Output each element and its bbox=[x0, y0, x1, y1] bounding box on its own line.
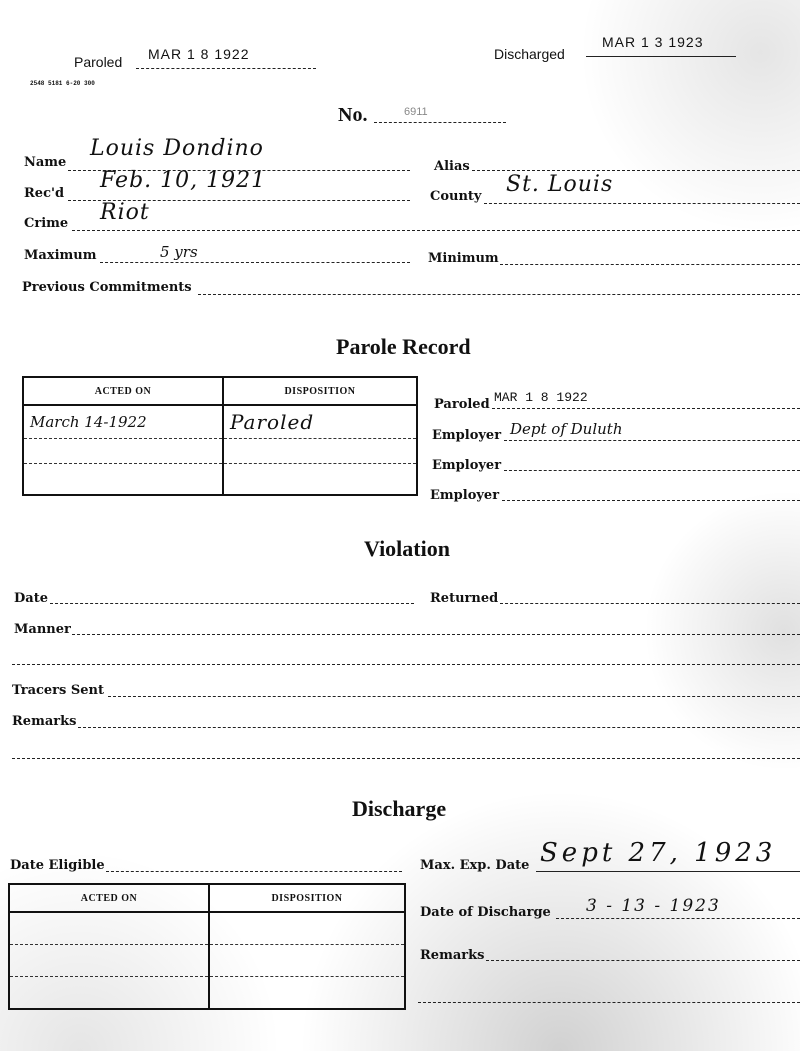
max-exp-date-label: Max. Exp. Date bbox=[420, 858, 529, 873]
name-value: Louis Dondino bbox=[90, 136, 264, 161]
discharged-header-stamp: MAR 1 3 1923 bbox=[602, 34, 704, 50]
recd-value: Feb. 10, 1921 bbox=[100, 168, 266, 193]
maximum-label: Maximum bbox=[24, 248, 96, 263]
column-disposition: DISPOSITION bbox=[223, 377, 417, 405]
maximum-value: 5 yrs bbox=[160, 243, 198, 261]
discharge-table: ACTED ON DISPOSITION bbox=[8, 883, 406, 1010]
column-acted-on: ACTED ON bbox=[23, 377, 223, 405]
date-of-discharge-label: Date of Discharge bbox=[420, 905, 551, 920]
column-acted-on: ACTED ON bbox=[9, 884, 209, 912]
employer-1-value: Dept of Duluth bbox=[510, 420, 623, 438]
disposition-cell bbox=[209, 912, 405, 945]
table-row: March 14-1922 Paroled bbox=[23, 405, 417, 439]
form-code: 2548 5181 6-20 300 bbox=[30, 80, 95, 87]
acted-on-cell bbox=[9, 945, 209, 977]
acted-on-cell bbox=[23, 464, 223, 496]
manner-label: Manner bbox=[14, 622, 71, 637]
recd-label: Rec'd bbox=[24, 186, 64, 201]
parole-paroled-label: Paroled bbox=[434, 397, 490, 412]
parole-record-heading: Parole Record bbox=[336, 334, 471, 360]
violation-date-label: Date bbox=[14, 591, 48, 606]
acted-on-cell bbox=[9, 977, 209, 1010]
paroled-header-stamp: MAR 1 8 1922 bbox=[148, 46, 250, 62]
parole-record-table: ACTED ON DISPOSITION March 14-1922 Parol… bbox=[22, 376, 418, 496]
acted-on-cell bbox=[23, 439, 223, 464]
date-of-discharge-value: 3 - 13 - 1923 bbox=[586, 896, 721, 916]
crime-label: Crime bbox=[24, 216, 68, 231]
violation-heading: Violation bbox=[364, 536, 450, 562]
table-row bbox=[23, 439, 417, 464]
county-value: St. Louis bbox=[506, 172, 613, 197]
disposition-cell bbox=[223, 439, 417, 464]
disposition-cell bbox=[209, 977, 405, 1010]
discharge-heading: Discharge bbox=[352, 796, 446, 822]
crime-value: Riot bbox=[100, 200, 150, 225]
parole-paroled-value: MAR 1 8 1922 bbox=[494, 390, 588, 405]
violation-remarks-label: Remarks bbox=[12, 714, 76, 729]
max-exp-date-value: Sept 27, 1923 bbox=[540, 838, 776, 868]
returned-label: Returned bbox=[430, 591, 498, 606]
acted-on-cell bbox=[9, 912, 209, 945]
minimum-label: Minimum bbox=[428, 251, 499, 266]
table-row bbox=[9, 945, 405, 977]
employer-1-label: Employer bbox=[432, 428, 501, 443]
employer-3-label: Employer bbox=[430, 488, 499, 503]
county-label: County bbox=[430, 189, 481, 204]
alias-label: Alias bbox=[434, 159, 470, 174]
number-value: 6911 bbox=[404, 106, 428, 118]
column-disposition: DISPOSITION bbox=[209, 884, 405, 912]
table-row bbox=[9, 977, 405, 1010]
name-label: Name bbox=[24, 155, 66, 170]
employer-2-label: Employer bbox=[432, 458, 501, 473]
disposition-cell: Paroled bbox=[223, 405, 417, 439]
acted-on-cell: March 14-1922 bbox=[23, 405, 223, 439]
discharge-remarks-label: Remarks bbox=[420, 948, 484, 963]
table-row bbox=[23, 464, 417, 496]
table-row bbox=[9, 912, 405, 945]
discharged-header-label: Discharged bbox=[494, 46, 565, 62]
number-label: No. bbox=[338, 104, 367, 127]
disposition-cell bbox=[209, 945, 405, 977]
tracers-sent-label: Tracers Sent bbox=[12, 683, 104, 698]
paroled-header-label: Paroled bbox=[74, 54, 122, 70]
previous-commitments-label: Previous Commitments bbox=[22, 280, 192, 295]
disposition-cell bbox=[223, 464, 417, 496]
date-eligible-label: Date Eligible bbox=[10, 858, 105, 873]
